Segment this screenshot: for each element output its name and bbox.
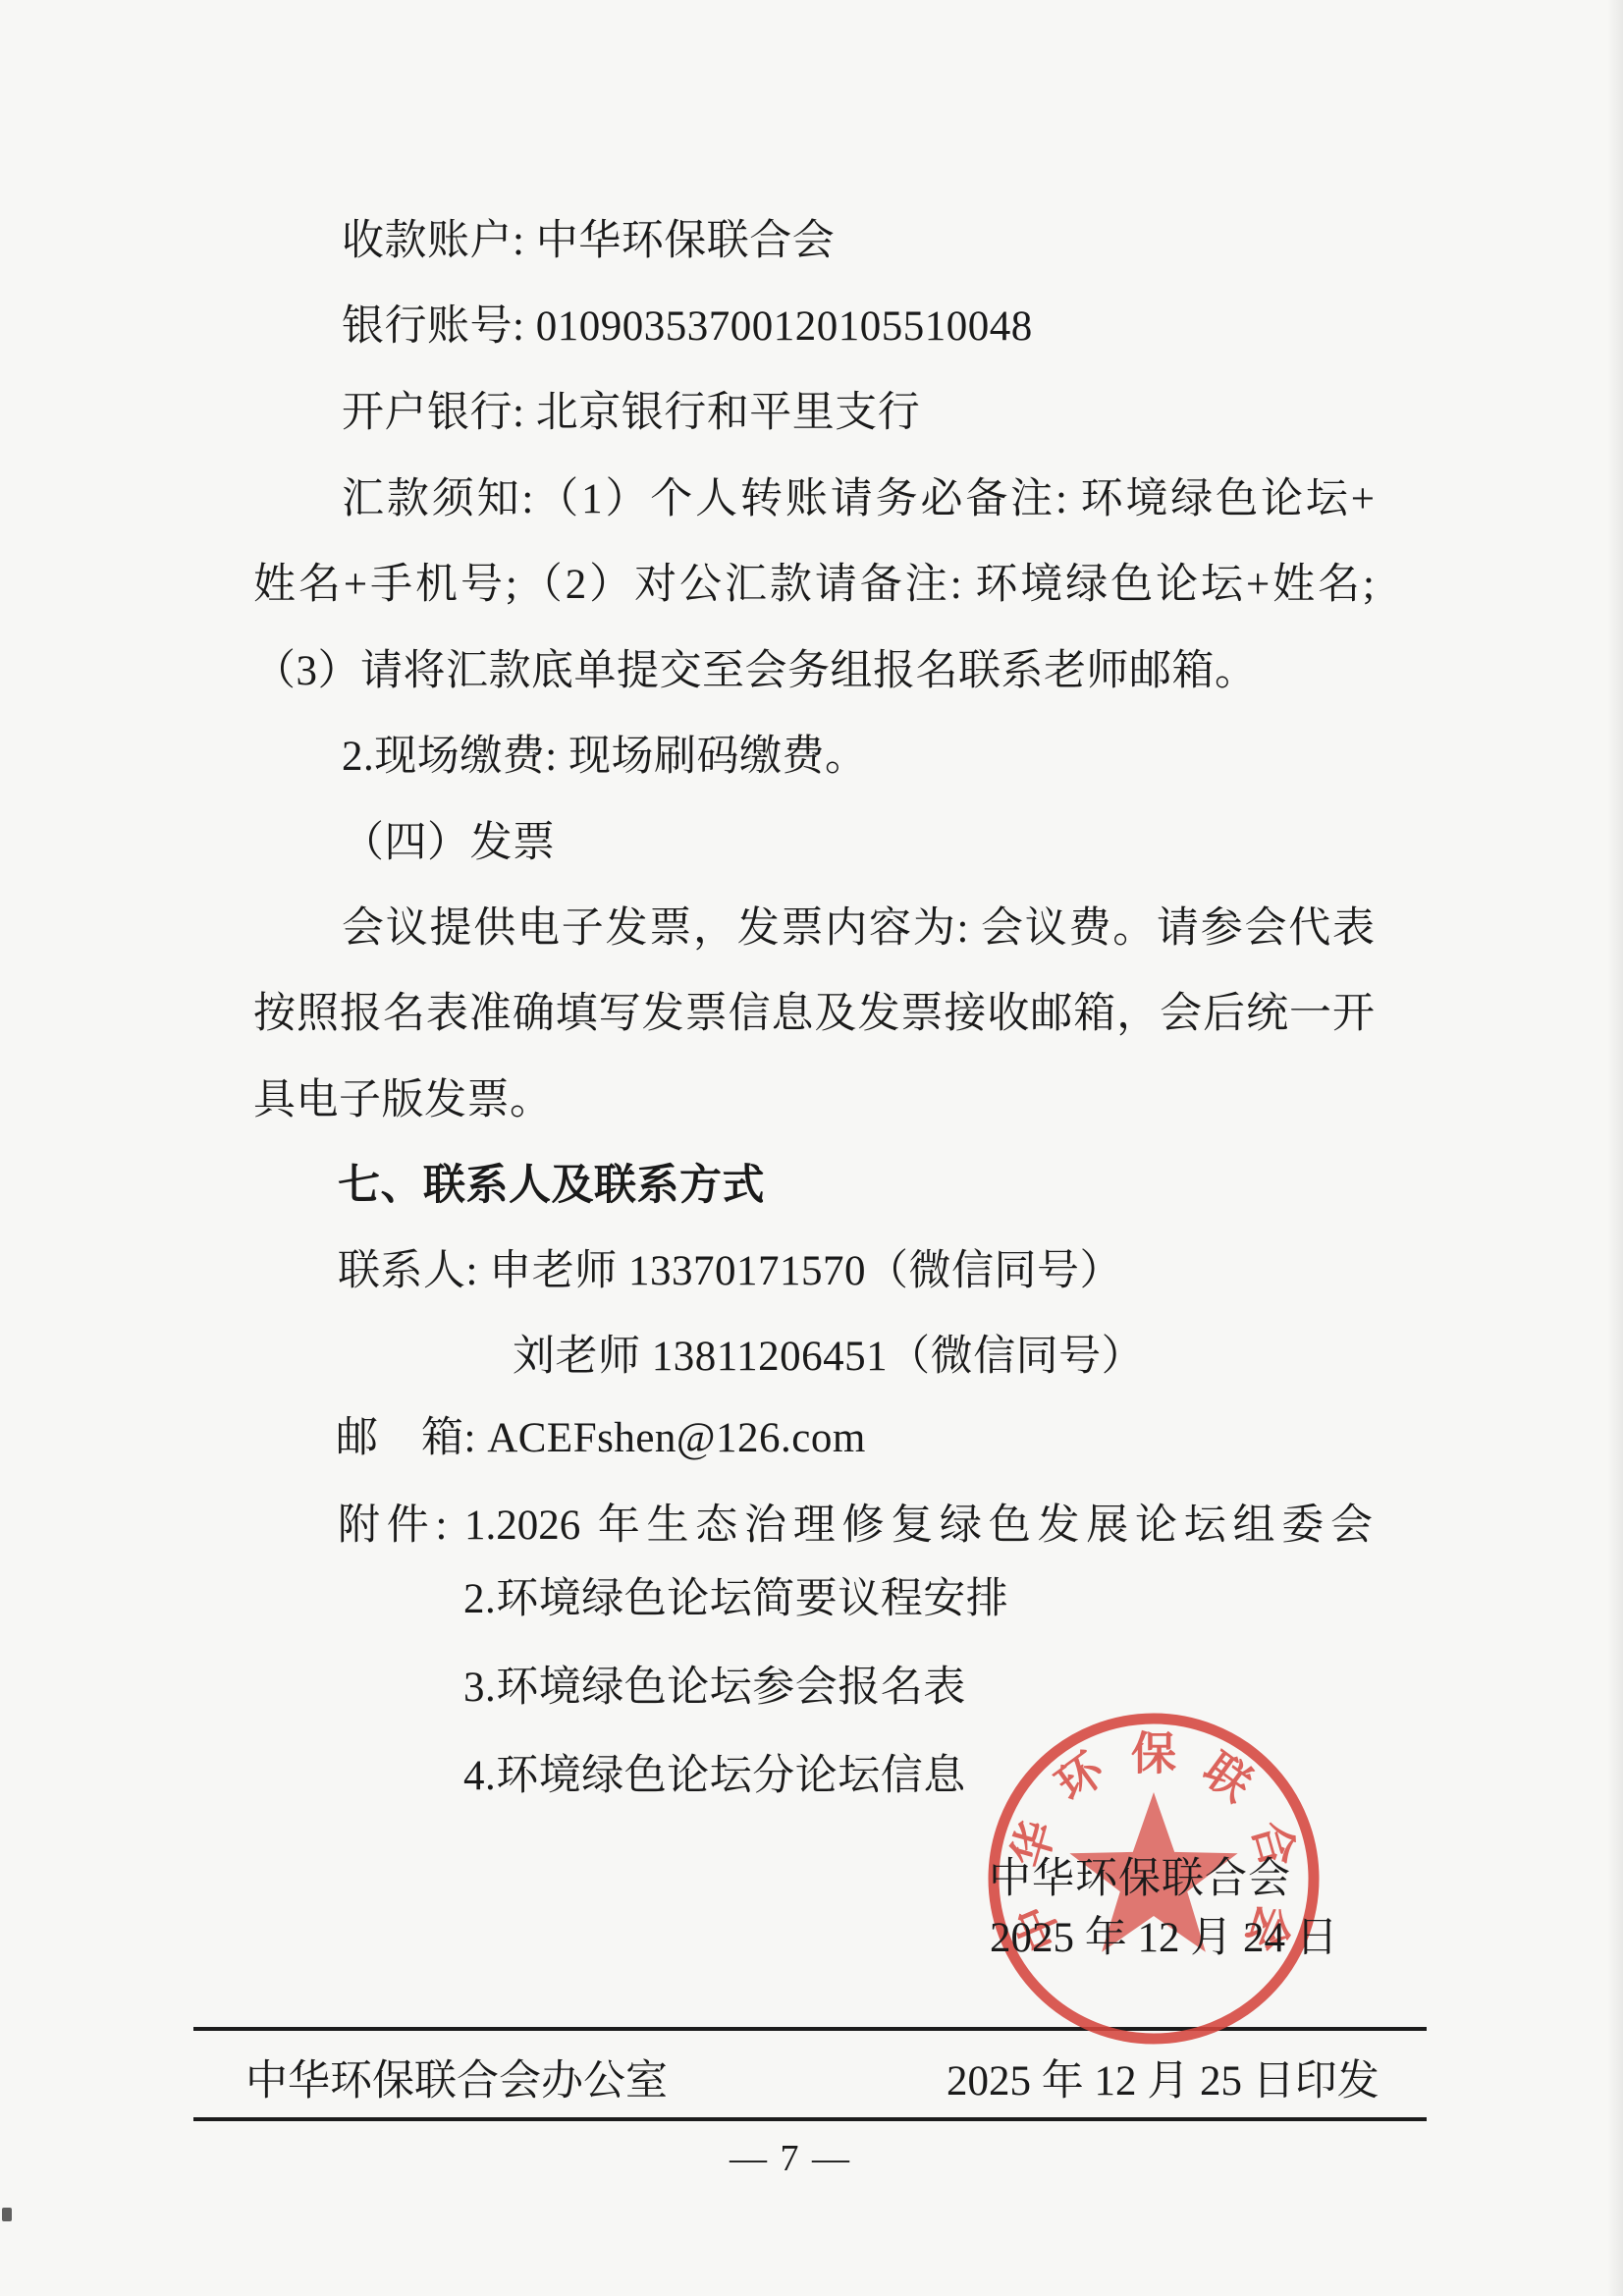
page-number: — 7 —	[584, 2140, 997, 2177]
footer-office: 中华环保联合会办公室	[245, 2060, 668, 2103]
doc-line-payee-account: 收款账户: 中华环保联合会	[342, 220, 835, 262]
doc-line-attachment-1: 附件: 1.2026 年生态治理修复绿色发展论坛组委会	[338, 1504, 1373, 1547]
section-heading-contacts: 七、联系人及联系方式	[338, 1165, 765, 1207]
doc-line-attachment-3: 3.环境绿色论坛参会报名表	[463, 1667, 966, 1709]
doc-line-bank-account: 银行账号: 01090353700120105510048	[342, 305, 1033, 348]
doc-line-remit-note-3: （3）请将汇款底单提交至会务组报名联系老师邮箱。	[253, 650, 1258, 692]
doc-line-attachment-2: 2.环境绿色论坛简要议程安排	[463, 1578, 1008, 1620]
doc-line-remit-note-2: 姓名+手机号;（2）对公汇款请备注: 环境绿色论坛+姓名;	[253, 564, 1375, 606]
doc-line-bank-branch: 开户银行: 北京银行和平里支行	[342, 392, 920, 434]
doc-line-invoice-3: 具电子版发票。	[253, 1079, 553, 1121]
document-page: 收款账户: 中华环保联合会 银行账号: 01090353700120105510…	[0, 0, 1623, 2296]
scan-edge-shadow	[1607, 0, 1623, 2296]
signature-org: 中华环保联合会	[989, 1858, 1291, 1900]
footer-issue-date: 2025 年 12 月 25 日印发	[947, 2060, 1380, 2103]
scan-speck	[2, 2208, 12, 2221]
doc-line-email: 邮 箱: ACEFshen@126.com	[336, 1417, 866, 1459]
doc-line-invoice-1: 会议提供电子发票，发票内容为: 会议费。请参会代表	[342, 907, 1375, 950]
seal-char: 保	[1131, 1729, 1176, 1779]
doc-line-contact-shen: 联系人: 申老师 13370171570（微信同号）	[338, 1250, 1122, 1292]
doc-line-attachment-4: 4.环境绿色论坛分论坛信息	[463, 1755, 966, 1797]
doc-line-remit-note-1: 汇款须知:（1）个人转账请务必备注: 环境绿色论坛+	[342, 478, 1375, 520]
signature-date: 2025 年 12 月 24 日	[990, 1917, 1338, 1959]
doc-line-invoice-2: 按照报名表准确填写发票信息及发票接收邮箱，会后统一开	[253, 993, 1375, 1035]
doc-line-contact-liu: 刘老师 13811206451（微信同号）	[513, 1336, 1144, 1378]
doc-line-onsite-payment: 2.现场缴费: 现场刷码缴费。	[342, 736, 867, 778]
footer-divider-bottom	[193, 2117, 1427, 2121]
doc-line-invoice-heading: （四）发票	[342, 822, 556, 864]
